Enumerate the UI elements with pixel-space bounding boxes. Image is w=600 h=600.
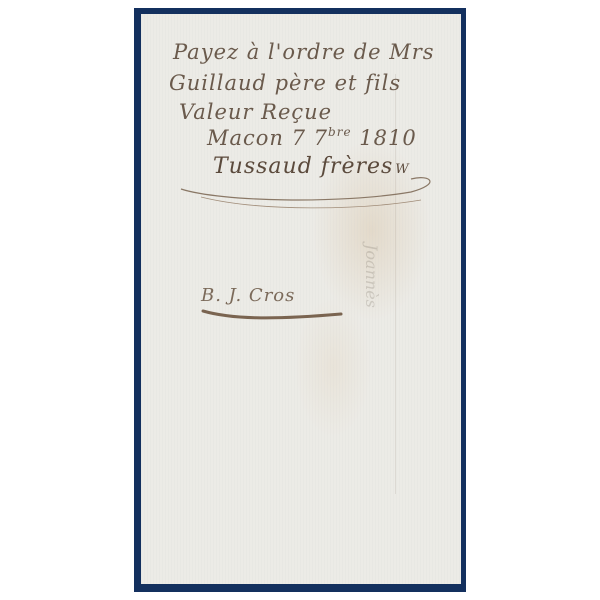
bleed-through-text: Joannès bbox=[362, 244, 381, 308]
endorsement-note: B. J. Cros bbox=[201, 285, 295, 306]
document-paper: Payez à l'ordre de Mrs Guillaud père et … bbox=[141, 14, 461, 584]
signature-flourish bbox=[141, 14, 461, 584]
